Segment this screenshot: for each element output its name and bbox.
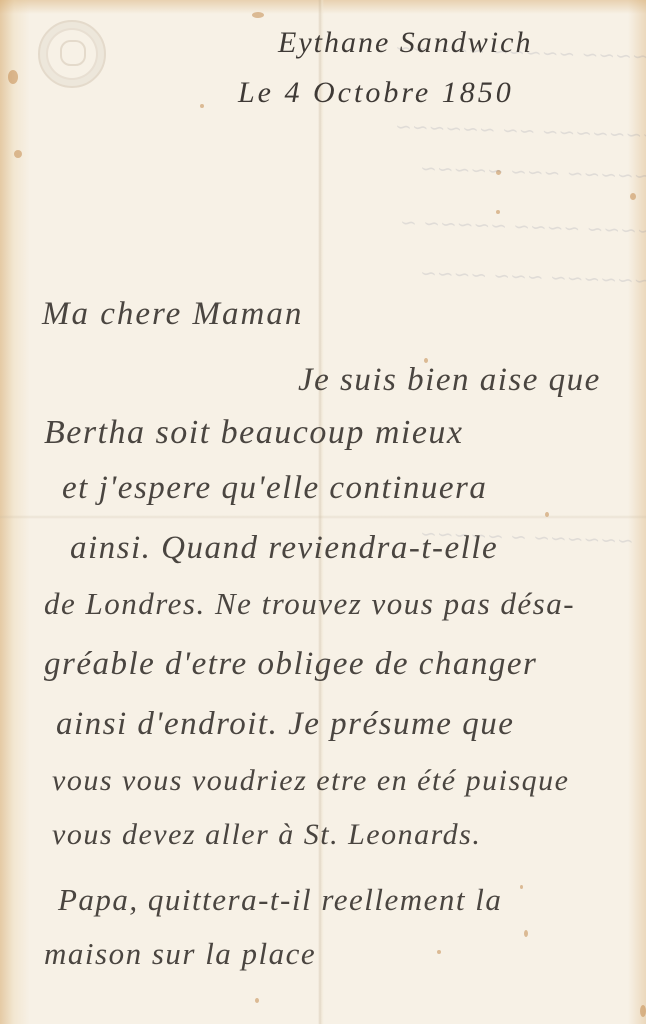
stain-spot [255, 998, 259, 1003]
letter-line: gréable d'etre obligee de changer [44, 646, 537, 683]
letter-line: et j'espere qu'elle continuera [62, 470, 487, 507]
stain-spot [8, 70, 18, 84]
stain-spot [524, 930, 528, 937]
letter-line: Je suis bien aise que [298, 362, 601, 399]
stain-spot [437, 950, 441, 954]
letter-line: ainsi. Quand reviendra-t-elle [70, 530, 498, 567]
stain-spot [630, 193, 636, 200]
stain-spot [14, 150, 22, 158]
bleed-through-text: ~~~~~~ ~~~~ ~~~~~ ~ [400, 210, 646, 244]
embossed-seal-icon [38, 20, 106, 88]
letter-line: Papa, quittera-t-il reellement la [58, 882, 502, 918]
vertical-fold-line [318, 0, 324, 1024]
letter-date: Le 4 Octobre 1850 [238, 76, 514, 110]
bleed-through-text: ~~~~~ ~~~ ~~~~~ [420, 156, 646, 188]
letter-line: ainsi d'endroit. Je présume que [56, 706, 514, 743]
stain-spot [252, 12, 264, 18]
horizontal-fold-line [0, 515, 646, 519]
stain-spot [545, 512, 549, 517]
letter-line: vous devez aller à St. Leonards. [52, 818, 481, 852]
letter-line: maison sur la place [44, 936, 316, 972]
letter-place: Eythane Sandwich [278, 26, 532, 60]
stain-spot [520, 885, 523, 889]
letter-line: Bertha soit beaucoup mieux [44, 414, 464, 452]
stain-spot [200, 104, 204, 108]
letter-page: ~~~~ ~~~~~ ~~~ ~~ ~~~~ ~~~~~~~ ~~ ~~~~~~… [0, 0, 646, 1024]
letter-line: vous vous voudriez etre en été puisque [52, 764, 569, 798]
bleed-through-text: ~~~~ ~~~~~~~ ~~ ~~~~~~ [395, 114, 646, 150]
bleed-through-text: ~~~~~~~ ~~~ ~~~~ [420, 261, 646, 294]
letter-line: de Londres. Ne trouvez vous pas désa- [44, 586, 575, 622]
stain-spot [640, 1005, 646, 1017]
letter-salutation: Ma chere Maman [42, 296, 303, 333]
